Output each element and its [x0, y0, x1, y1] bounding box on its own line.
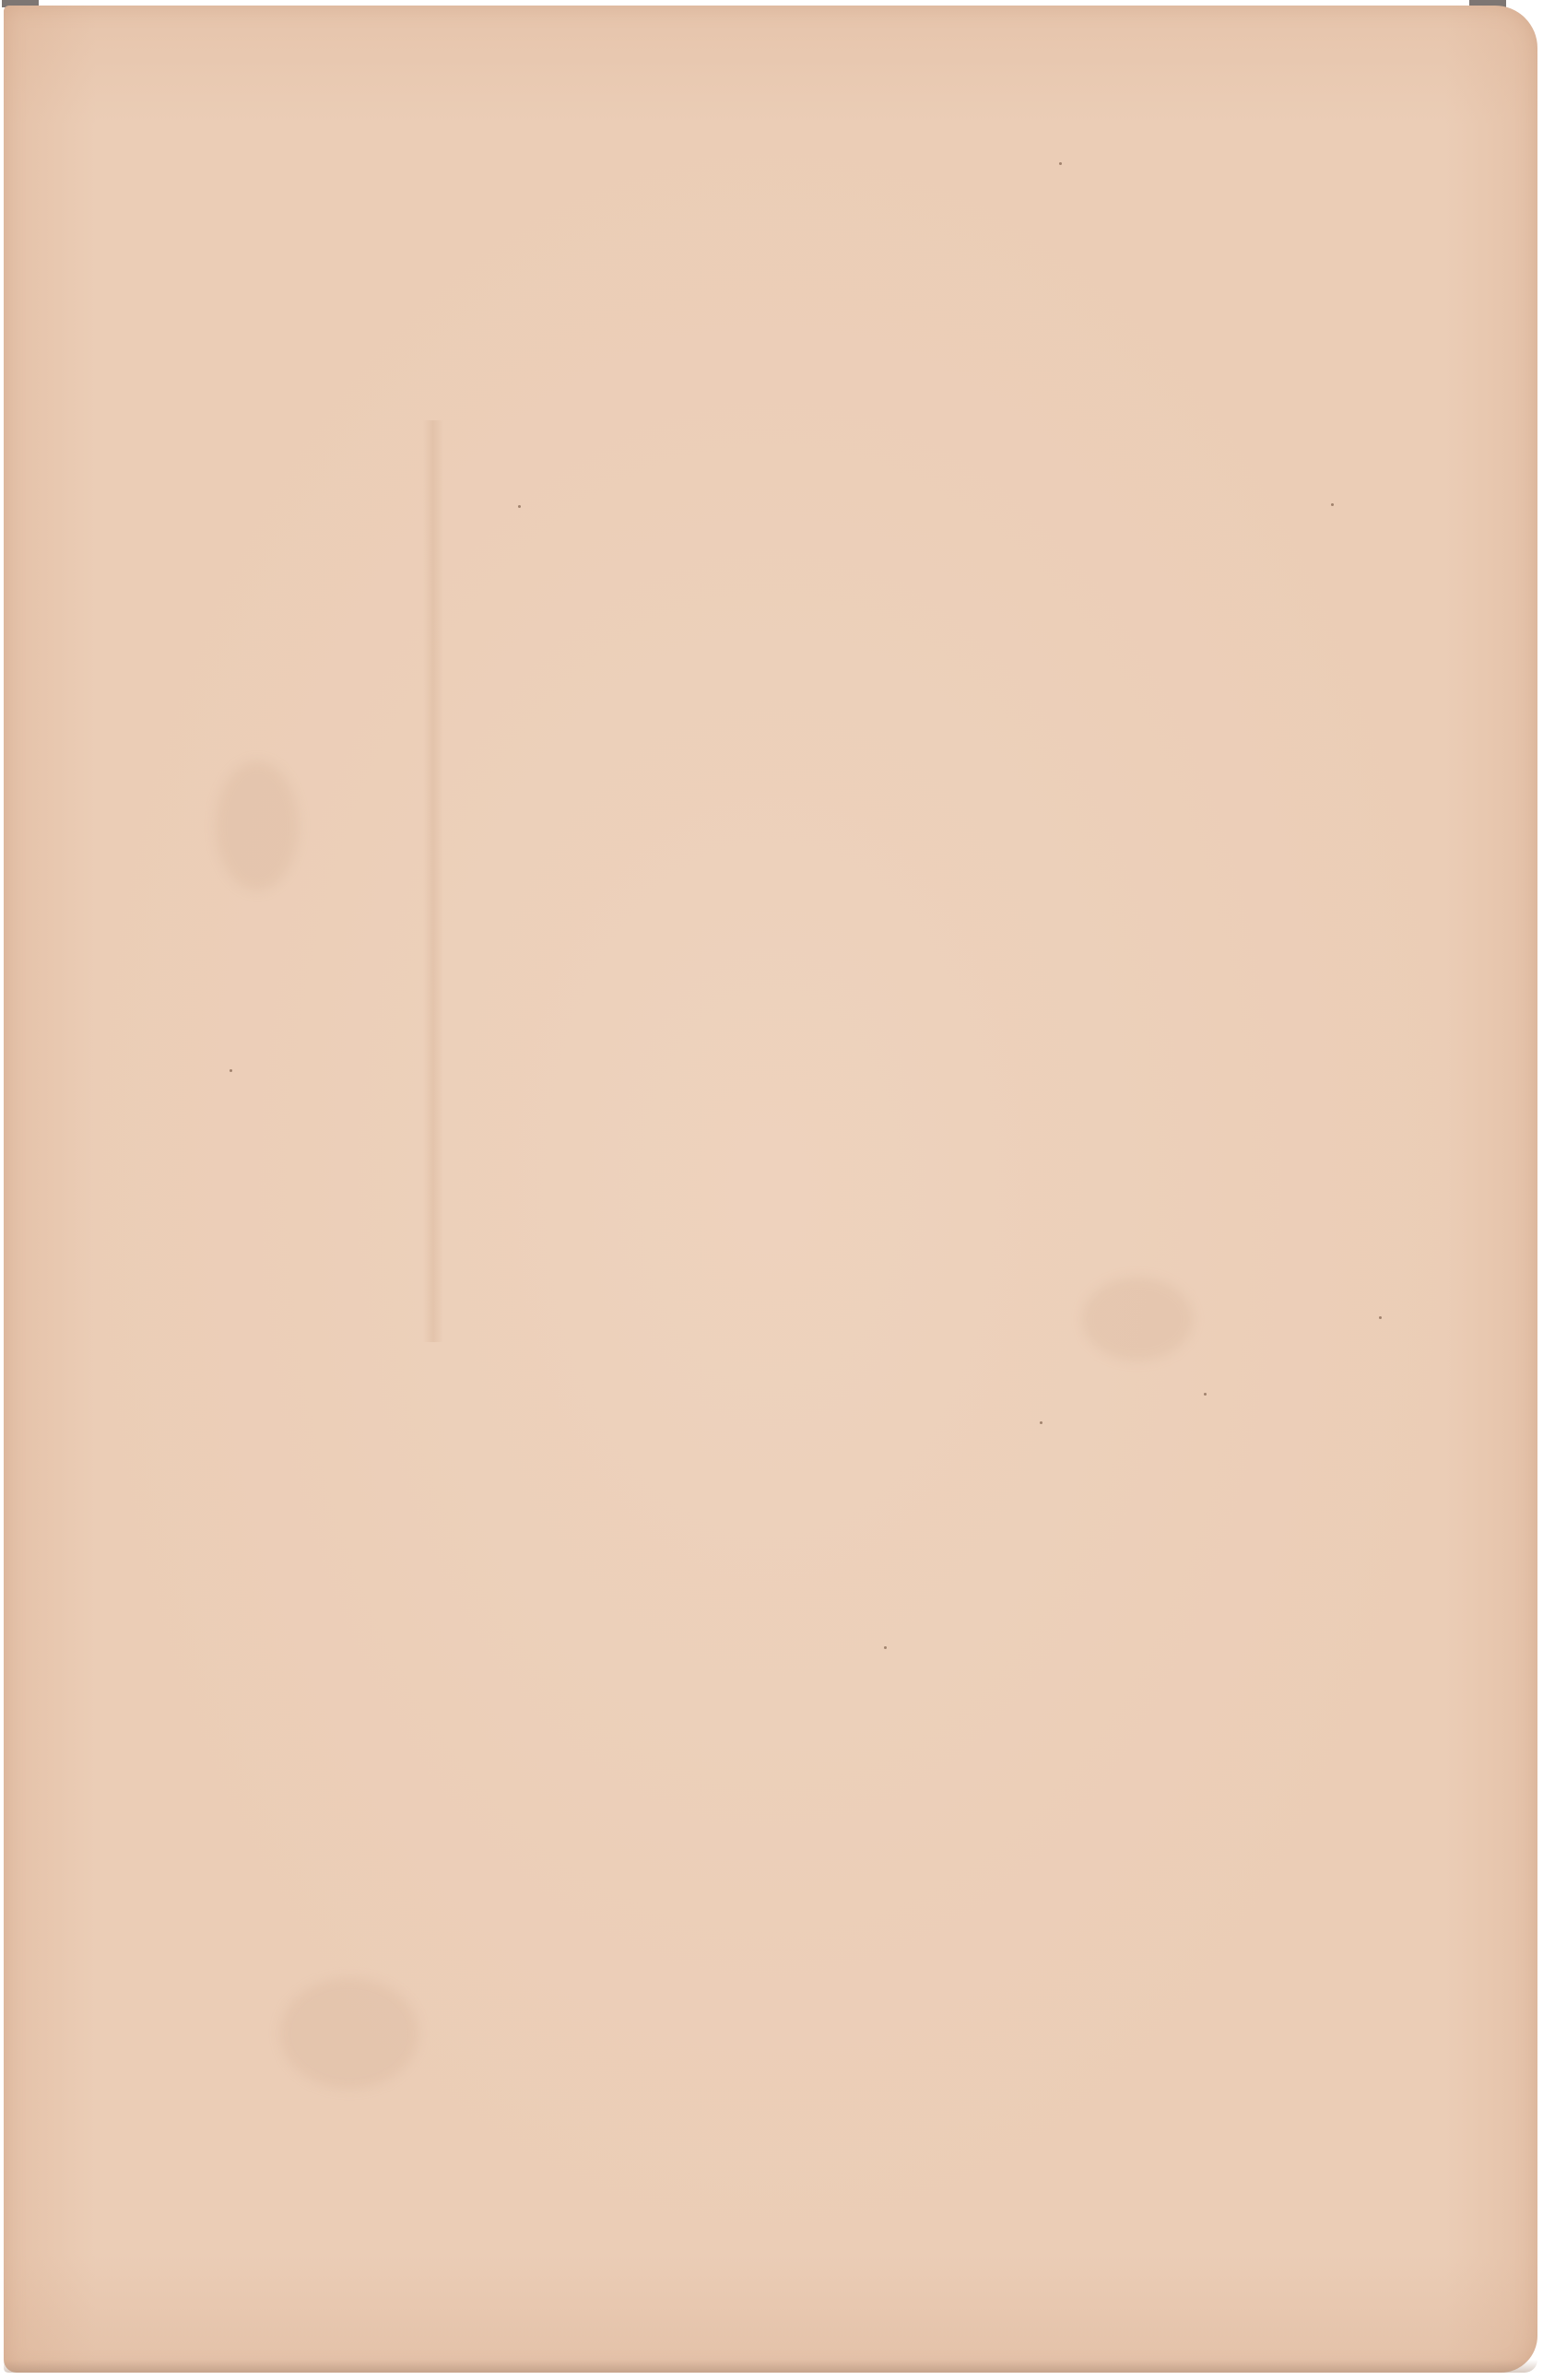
paper-speck: [1379, 1316, 1382, 1319]
paper-speck: [1204, 1393, 1207, 1396]
paper-stain: [280, 1978, 418, 2089]
paper-speck: [1331, 503, 1334, 506]
faint-vertical-stain: [423, 420, 443, 1342]
paper-speck: [884, 1646, 887, 1649]
paper-speck: [230, 1069, 232, 1072]
paper-speck: [518, 505, 521, 508]
antique-card-back: [4, 6, 1537, 2373]
paper-speck: [1059, 162, 1062, 165]
paper-speck: [1040, 1421, 1042, 1424]
worn-bottom-edge: [4, 2360, 1537, 2373]
paper-stain: [1082, 1278, 1193, 1361]
paper-stain: [216, 761, 299, 890]
